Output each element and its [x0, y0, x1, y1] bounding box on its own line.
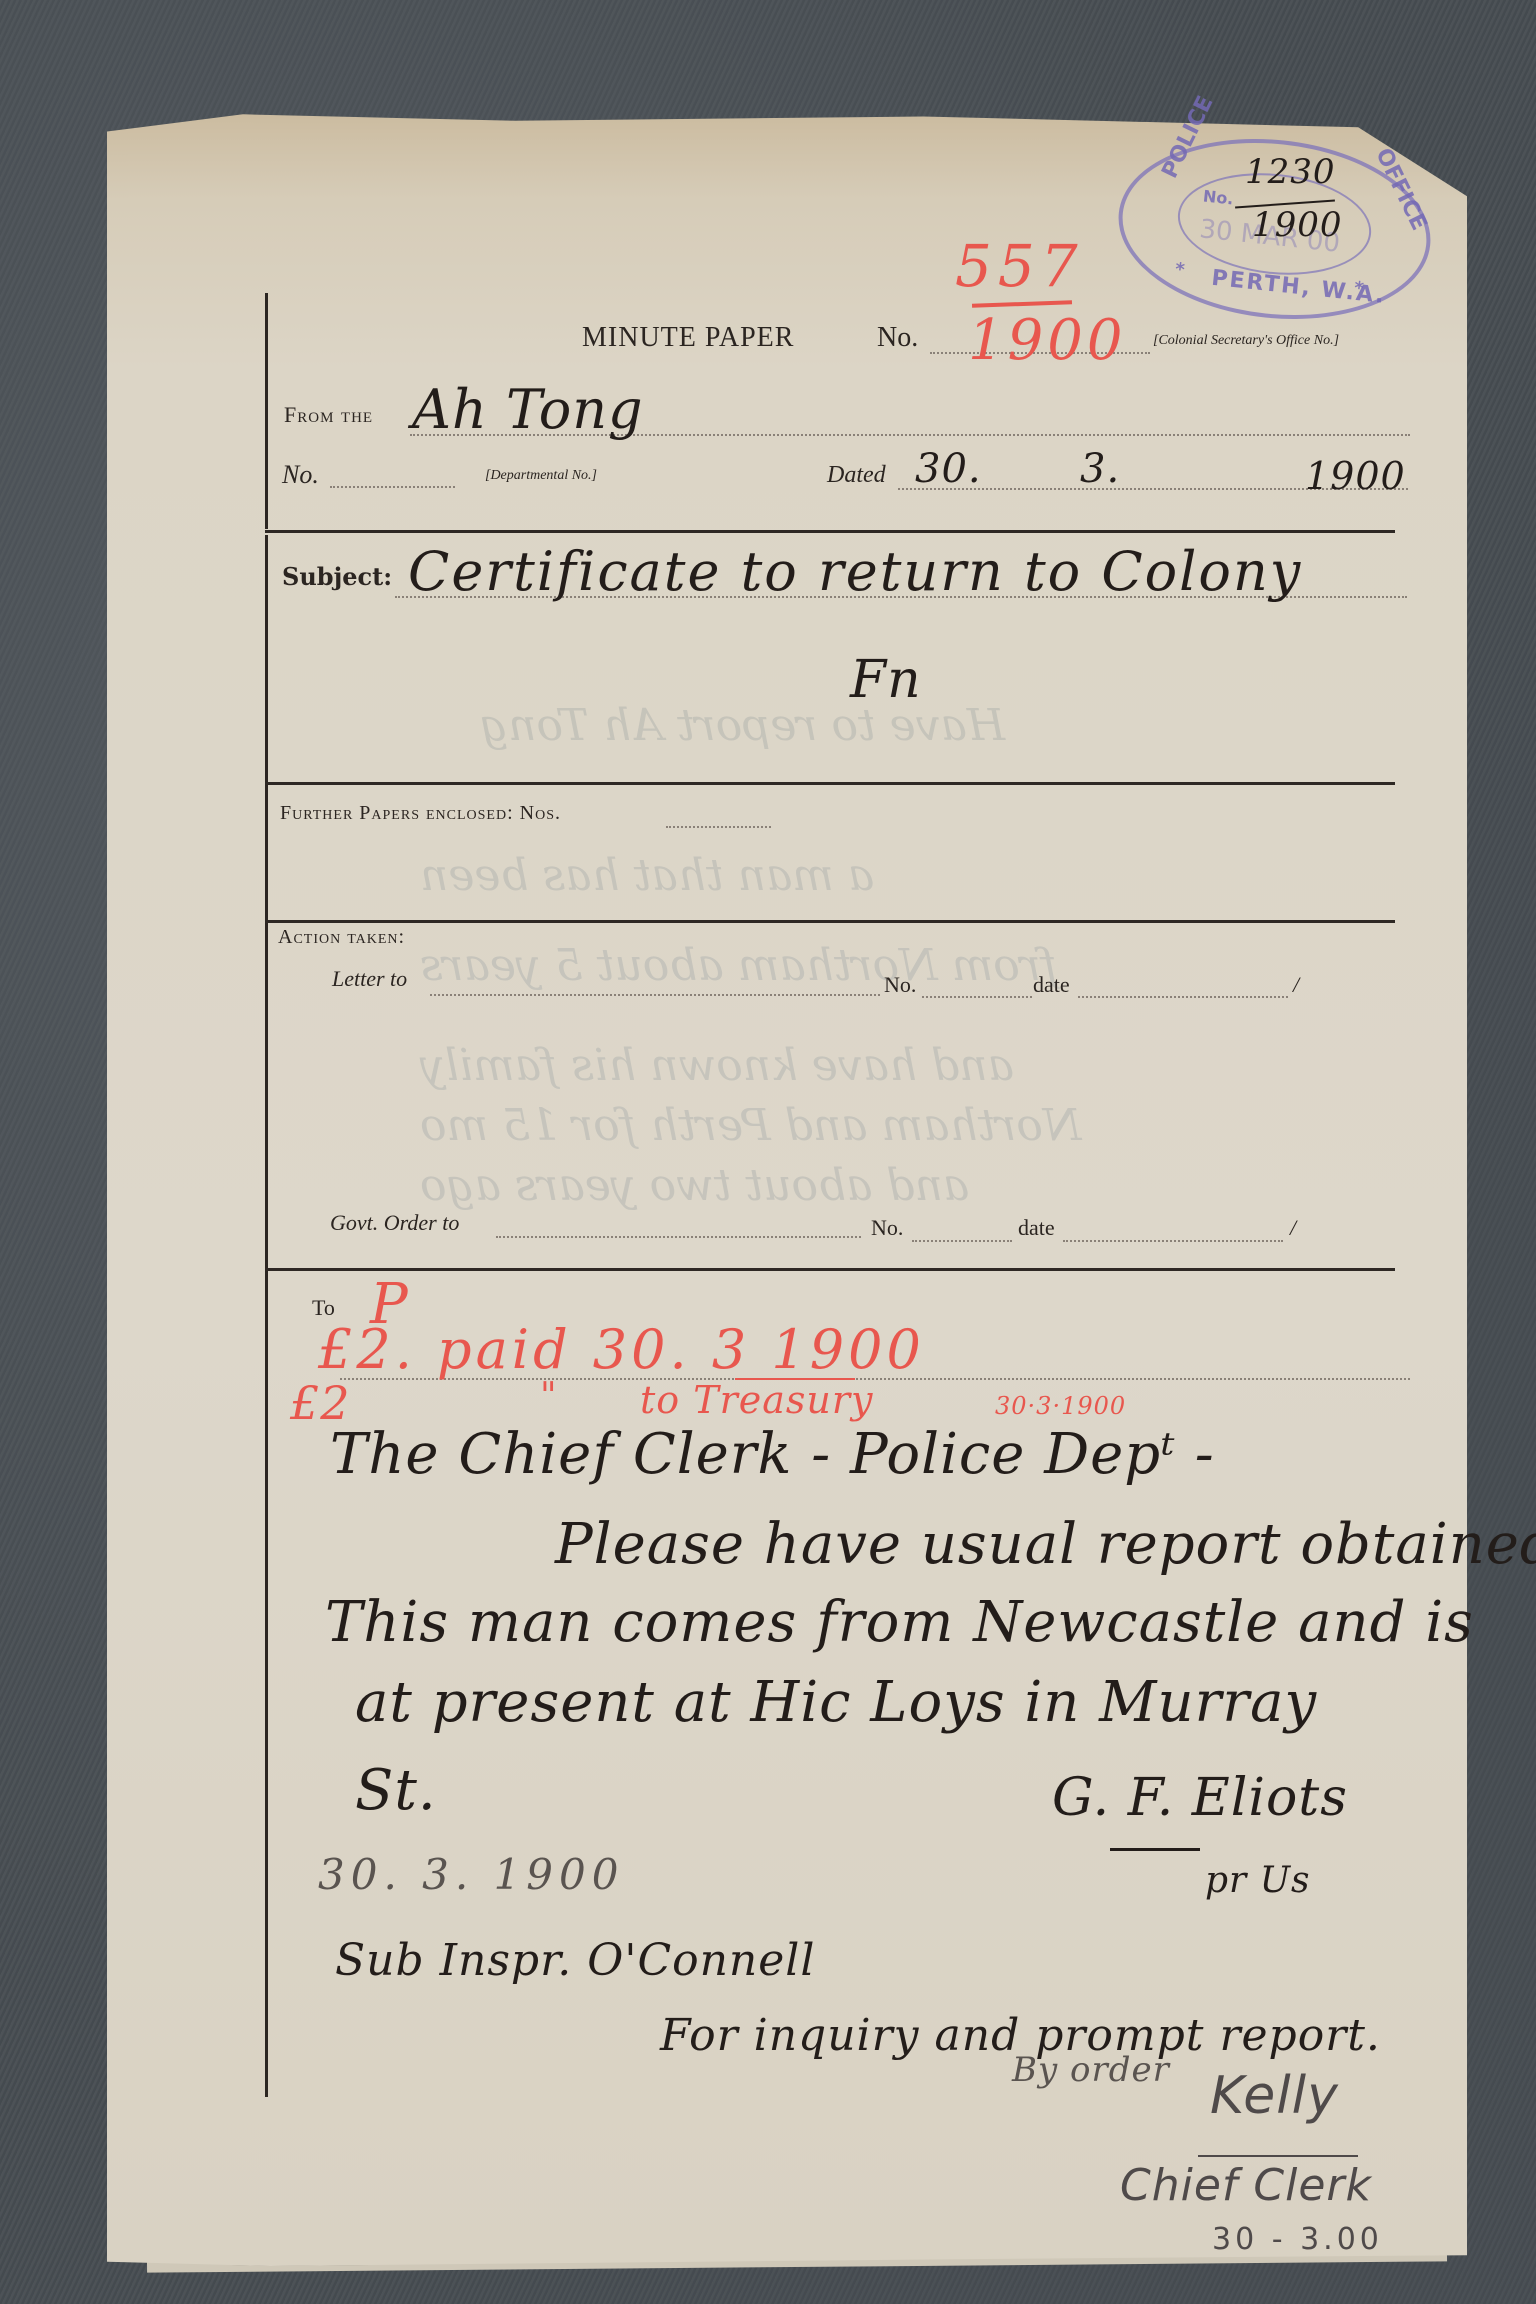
bleed-through-line: and about two years ago [420, 1160, 969, 1211]
minute-paper-title: MINUTE PAPER [582, 322, 794, 354]
govt-date-separator: / [1290, 1215, 1296, 1241]
red-minute-number: 557 [955, 232, 1084, 300]
left-margin-rule-top [265, 293, 268, 529]
letter-no-dots [922, 996, 1032, 998]
from-value: Ah Tong [412, 378, 644, 441]
minute-date: 30. 3. 1900 [318, 1850, 624, 1899]
signature-suffix: pr Us [1205, 1860, 1311, 1901]
minute-line: St. [355, 1758, 437, 1823]
from-label: From the [284, 402, 373, 428]
rule-after-action-taken [265, 1268, 1395, 1271]
by-order-text: By order [1012, 2050, 1170, 2090]
action-taken-label: Action taken: [278, 926, 405, 949]
red-treasury-underline [735, 1378, 855, 1380]
further-papers-label: Further Papers enclosed: Nos. [280, 802, 561, 825]
govt-order-dots [496, 1236, 861, 1238]
clerk-title: Chief Clerk [1120, 2160, 1372, 2211]
subject-label: Subject: [282, 562, 392, 591]
red-treasury-date: 30·3·1900 [995, 1392, 1126, 1420]
bleed-through-line: Northam and Perth for 15 mo [420, 1100, 1081, 1151]
letter-date-dots [1078, 996, 1288, 998]
red-minute-year: 1900 [968, 308, 1127, 373]
clerk-signature-underline [1198, 2155, 1358, 2157]
rule-after-further-papers [265, 920, 1395, 923]
govt-no-label: No. [871, 1215, 903, 1241]
minute-paper-no-label: No. [877, 322, 918, 354]
dated-day: 30. [915, 446, 982, 492]
rule-after-header [265, 530, 1395, 533]
rule-after-subject [265, 782, 1395, 785]
bleed-through-line: a man that has been [420, 850, 874, 901]
stamp-handwritten-year: 1900 [1252, 205, 1343, 245]
stamp-star-left: * [1174, 259, 1186, 281]
dated-month: 3. [1080, 446, 1120, 492]
clerk-date: 30 - 3.00 [1212, 2222, 1383, 2257]
govt-no-dots [912, 1240, 1012, 1242]
clerk-signature-kelly: Kelly [1210, 2066, 1339, 2126]
minute-line: at present at Hic Loys in Murray [355, 1670, 1317, 1735]
govt-date-label: date [1018, 1215, 1055, 1241]
departmental-no-label: No. [282, 460, 319, 490]
minute-line: Please have usual report obtained [555, 1512, 1536, 1577]
letter-no-label: No. [884, 972, 916, 998]
govt-order-label: Govt. Order to [330, 1210, 459, 1236]
stamp-no-label: No. [1202, 186, 1234, 208]
red-to-treasury: to Treasury [640, 1378, 874, 1422]
dated-label: Dated [827, 462, 886, 489]
red-payment-note: £2. paid 30. 3 1900 [318, 1318, 925, 1381]
bleed-through-line: Have to report Ah Tong [480, 700, 1005, 751]
minute-line-addressee: The Chief Clerk - Police Depᵗ - [330, 1422, 1215, 1487]
further-papers-dots [666, 826, 771, 828]
departmental-no-dots [330, 486, 455, 488]
subject-value: Certificate to return to Colony [408, 540, 1302, 603]
left-margin-rule [265, 535, 268, 2097]
addressee-sub-inspector: Sub Inspr. O'Connell [335, 1935, 815, 1986]
signature-eliots: G. F. Eliots [1052, 1768, 1348, 1828]
stamp-handwritten-number: 1230 [1245, 152, 1336, 192]
letter-to-dots [430, 994, 880, 996]
subject-initial: Fn [850, 650, 922, 710]
govt-date-dots [1063, 1240, 1283, 1242]
minute-line: This man comes from Newcastle and is [325, 1590, 1474, 1655]
bleed-through-line: from Northam about 5 years [420, 940, 1057, 991]
letter-date-separator: / [1293, 972, 1299, 998]
red-ditto-mark: " [540, 1376, 558, 1417]
departmental-no-note: [Departmental No.] [485, 468, 597, 484]
letter-date-label: date [1033, 972, 1070, 998]
dated-year: 1900 [1305, 454, 1406, 498]
signature-underline [1110, 1848, 1200, 1851]
colonial-secretary-office-note: [Colonial Secretary's Office No.] [1153, 333, 1339, 349]
letter-to-label: Letter to [332, 966, 407, 992]
bleed-through-line: and have known his family [420, 1040, 1014, 1091]
